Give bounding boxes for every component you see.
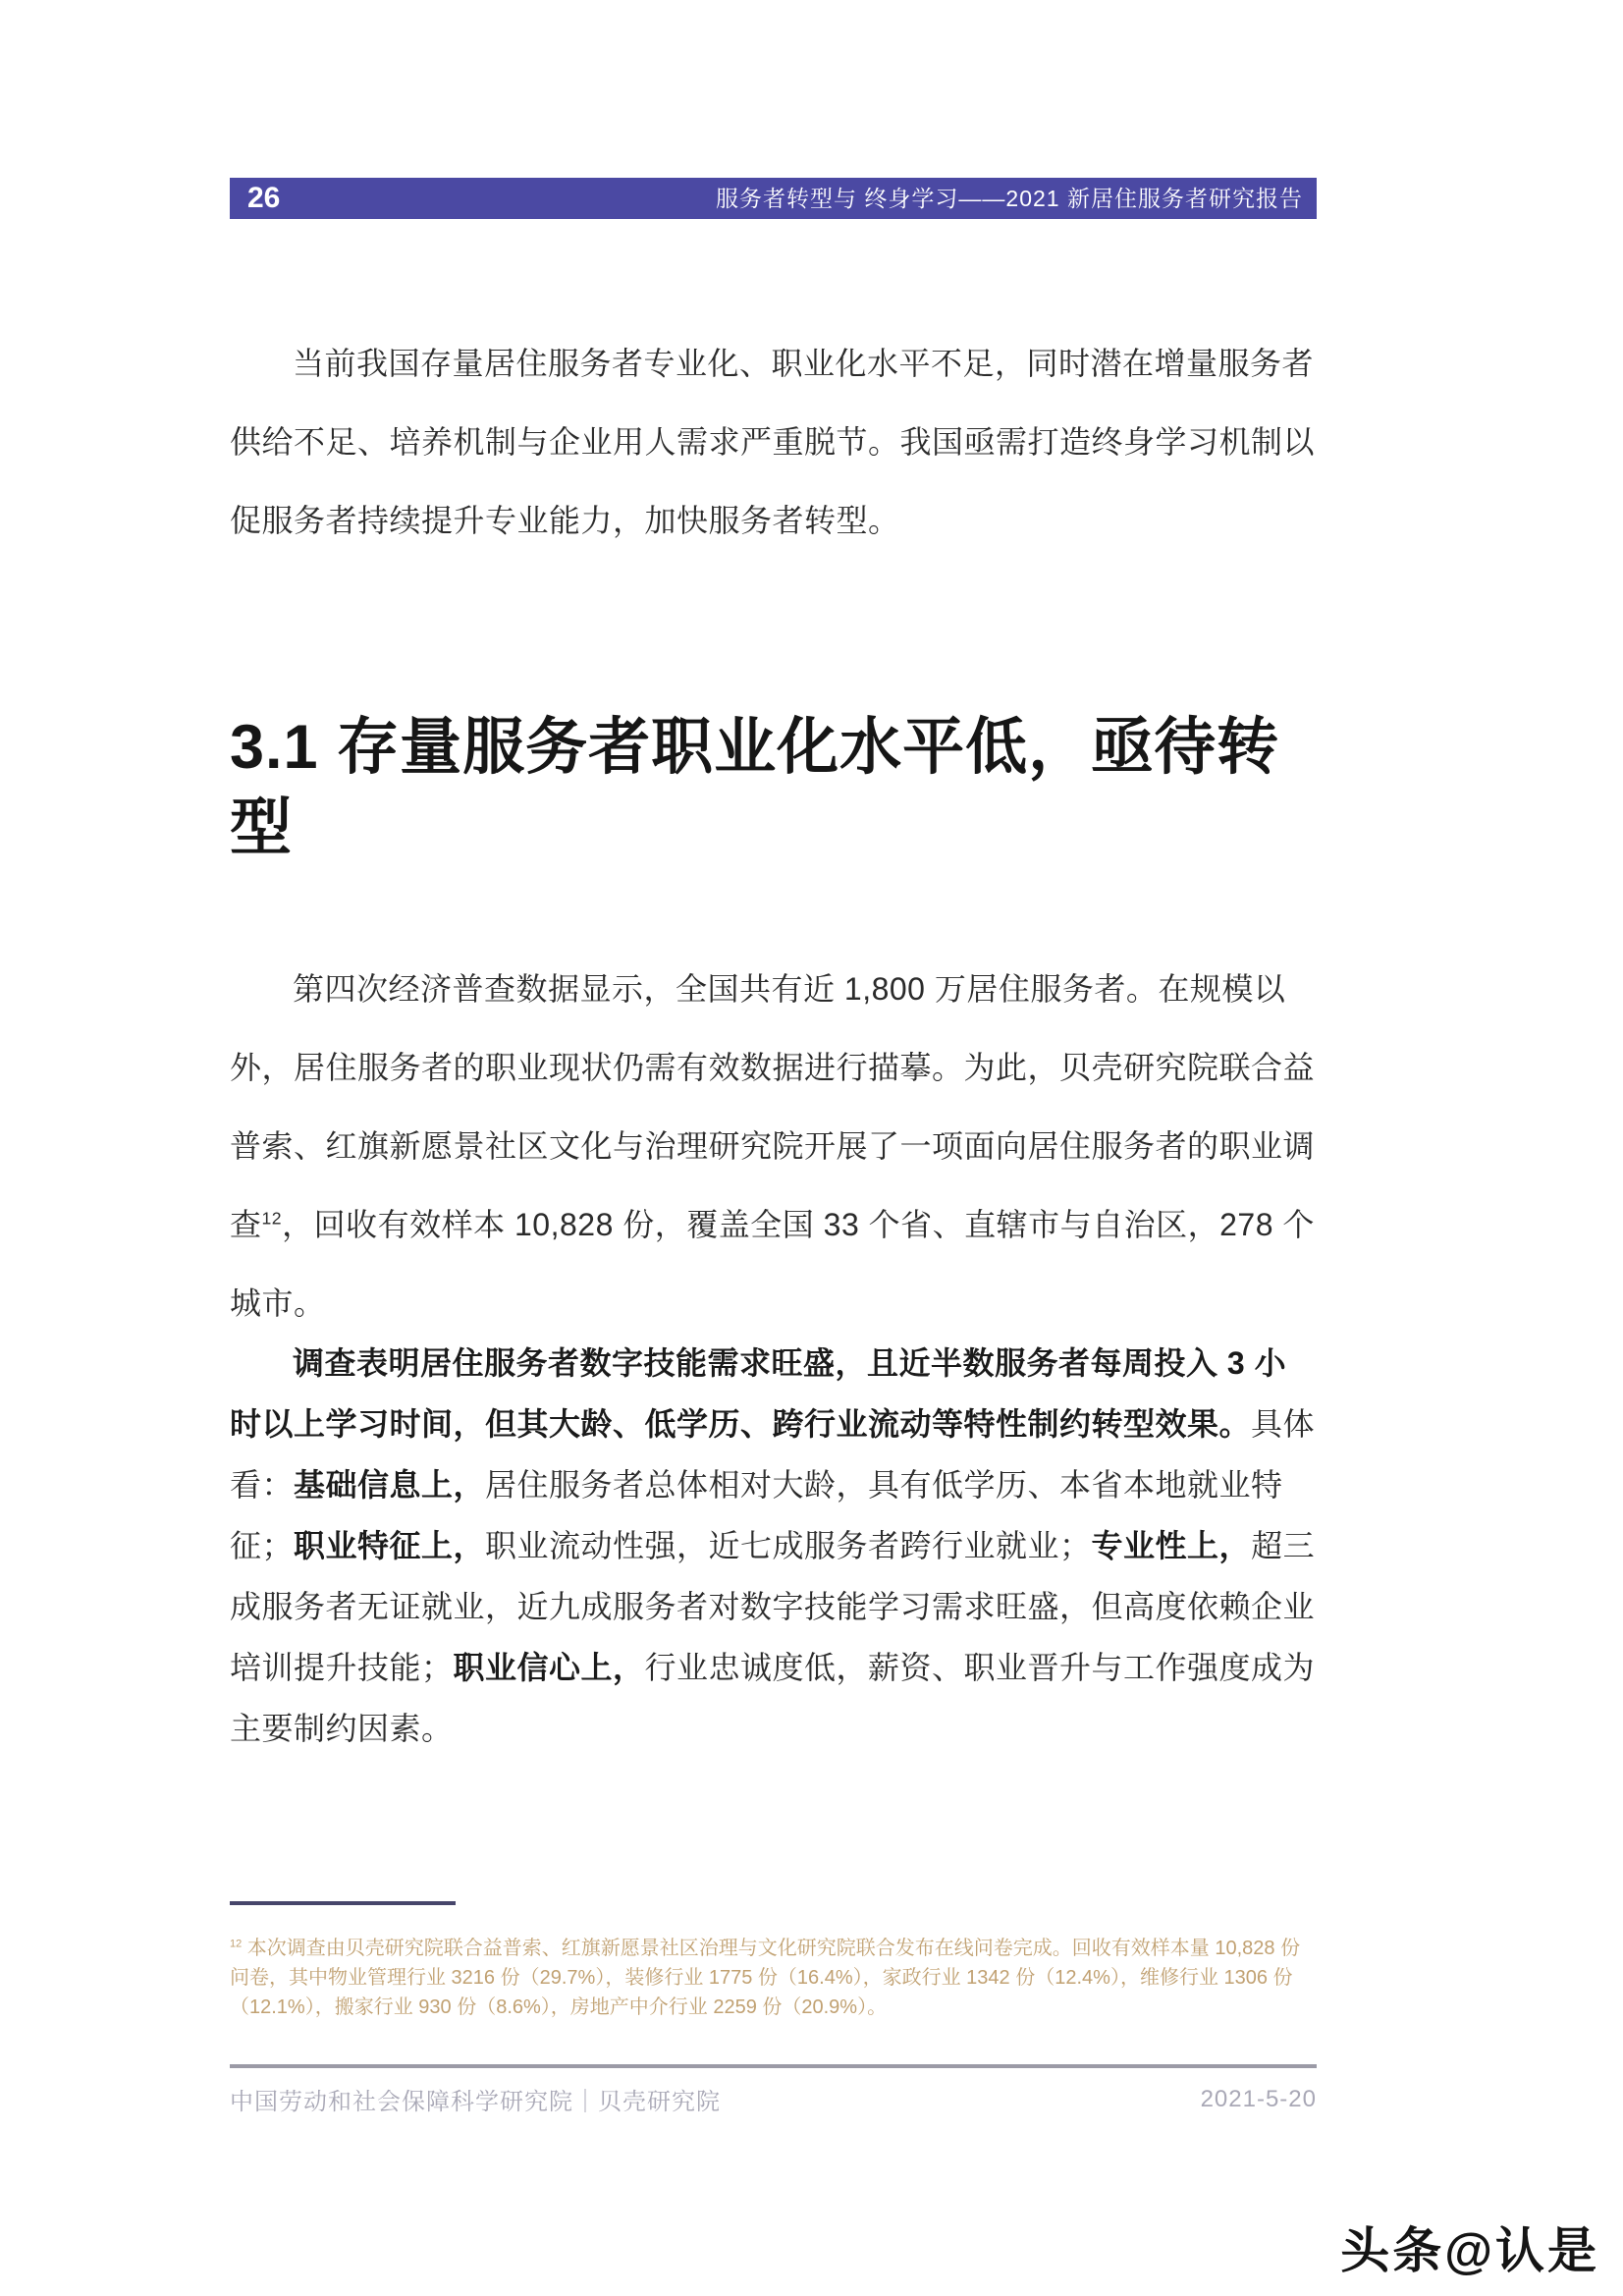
report-header-title: 服务者转型与 终身学习——2021 新居住服务者研究报告	[716, 188, 1303, 210]
footer-date: 2021-5-20	[1201, 2086, 1317, 2113]
watermark-text: 头条@认是	[1340, 2212, 1599, 2282]
findings-paragraph: 调查表明居住服务者数字技能需求旺盛，且近半数服务者每周投入 3 小时以上学习时间…	[230, 1333, 1317, 1759]
footer-divider	[230, 2064, 1317, 2068]
footnote-divider	[230, 1901, 456, 1905]
intro-paragraph: 当前我国存量居住服务者专业化、职业化水平不足，同时潜在增量服务者供给不足、培养机…	[230, 324, 1317, 560]
footnote-text: 12 本次调查由贝壳研究院联合益普索、红旗新愿景社区治理与文化研究院联合发布在线…	[230, 1934, 1317, 2022]
footer-institution: 中国劳动和社会保障科学研究院｜贝壳研究院	[230, 2082, 721, 2116]
page-number: 26	[247, 184, 280, 213]
section-heading: 3.1 存量服务者职业化水平低，亟待转型	[230, 707, 1300, 868]
report-page: 26 服务者转型与 终身学习——2021 新居住服务者研究报告 当前我国存量居住…	[0, 0, 1623, 2296]
survey-paragraph: 第四次经济普查数据显示，全国共有近 1,800 万居住服务者。在规模以外，居住服…	[230, 950, 1317, 1342]
page-header-bar: 26 服务者转型与 终身学习——2021 新居住服务者研究报告	[230, 178, 1317, 219]
page-footer: 中国劳动和社会保障科学研究院｜贝壳研究院 2021-5-20	[230, 2082, 1317, 2116]
